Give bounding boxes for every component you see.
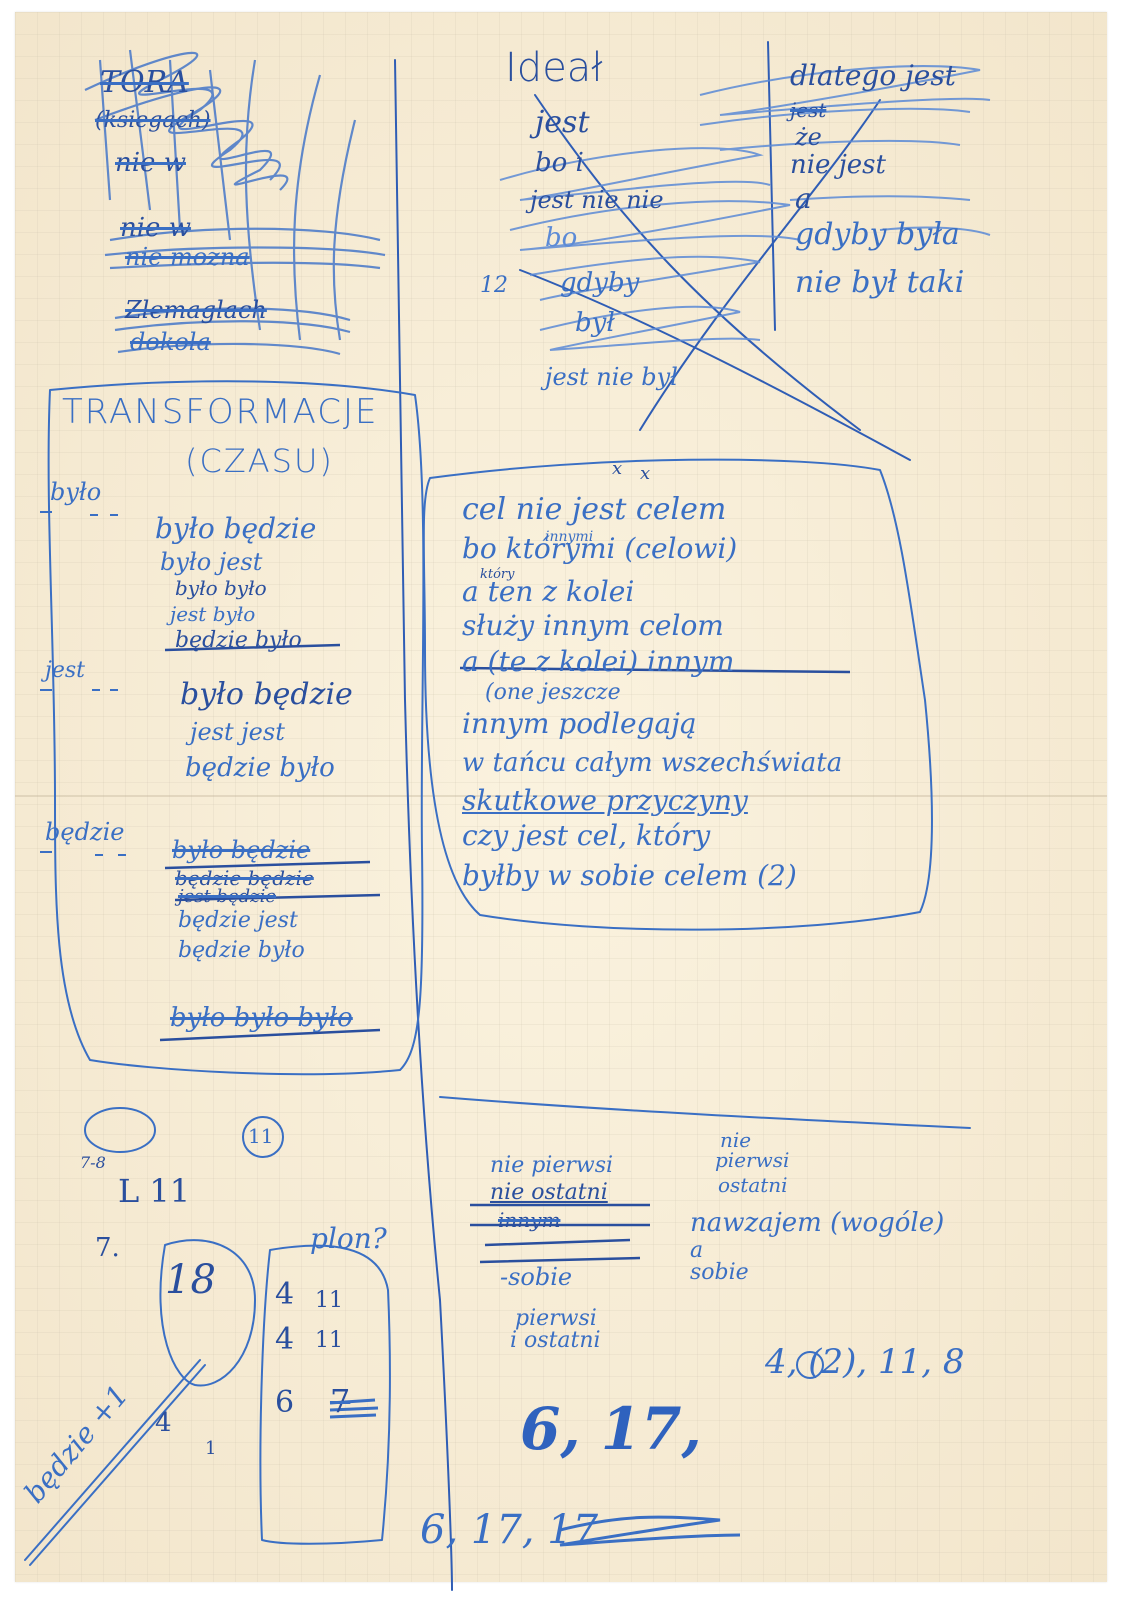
ideal-left-line: jest [535,108,590,138]
col2-line: nie [720,1130,751,1150]
col1-line: pierwsi [515,1308,597,1330]
cel-line: a ten z kolei [462,578,634,606]
col1-line: i ostatni [510,1330,601,1352]
cel-line: bo którymi (celowi) [462,535,737,563]
col1-line: nie ostatni [490,1182,608,1204]
bedzie-line: będzie będzie [175,868,314,888]
bottom-numbers: 6, 17, 17 [420,1510,598,1550]
bylo-line: będzie było [175,630,302,652]
cel-line: (one jeszcze [485,682,621,704]
crossed-word: TORA [100,68,189,98]
bylo-line: było będzie [155,515,316,543]
footer-crossed: było było było [170,1005,353,1031]
col2-line: sobie [690,1262,749,1284]
col2-line: pierwsi [715,1150,789,1170]
ideal-left-line: jest nie był [545,365,678,389]
ideal-right-line: nie był taki [795,268,964,298]
note: 7. [95,1235,120,1261]
jest-line: jest jest [190,720,285,744]
col2-line: nawzajem (wogóle) [690,1210,944,1236]
crossed-word: nie w [115,150,186,176]
jest-line: było będzie [180,680,353,710]
crossed-word: Zlemaglach [125,298,267,322]
ideal-left-line: był [575,310,615,336]
note: L 11 [118,1175,190,1207]
box-cell: 11 [315,1330,343,1352]
ideal-right-line: jest [790,100,826,120]
ideal-left-line: jest nie nie [530,188,664,212]
ideal-right-line: że [795,125,822,149]
bylo-line: było jest [160,550,262,574]
box-cell: 6 [275,1388,294,1418]
label-bylo: było [50,480,101,504]
bedzie-line: będzie jest [178,910,298,932]
crossed-word: nie mozna [125,245,250,269]
ideal-right-line: a [795,185,812,213]
box-cell: 7 [330,1385,350,1417]
cel-line: skutkowe przyczyny [462,787,748,815]
jest-line: będzie było [185,755,335,781]
ideal-title: Ideał [505,48,603,88]
bedzie-line: jest będzie [178,888,276,906]
cel-line: służy innym celom [462,612,724,640]
col1-line: innym [498,1210,560,1230]
note: 18 [165,1260,216,1300]
ideal-right-line: nie jest [790,152,886,178]
bedzie-line: będzie było [178,940,305,962]
col1-line: -sobie [500,1265,572,1289]
x-mark: x [640,465,650,483]
cel-line: czy jest cel, który [462,822,710,850]
col1-line: nie pierwsi [490,1155,613,1177]
note: 1 [205,1440,216,1458]
transformacje-subtitle: (CZASU) [185,445,334,477]
x-mark: x [612,460,622,478]
ideal-right-line: dlatego jest [790,62,956,90]
cel-line: w tańcu całym wszechświata [462,750,842,776]
ideal-left-line: bo i [535,150,584,176]
box-header: plon? [310,1225,387,1253]
transformacje-title: TRANSFORMACJE [62,395,378,429]
note: 4 [155,1410,172,1436]
crossed-word: dokola [130,330,211,354]
circled-page-number: 11 [248,1126,273,1146]
ideal-right-line: gdyby była [795,220,960,250]
label-bedzie: będzie [45,820,124,844]
bylo-line: było było [175,578,267,598]
number-sequence: 4, (2), 11, 8 [765,1345,965,1379]
cel-line: byłby w sobie celem (2) [462,862,797,890]
note: 7-8 [80,1155,106,1171]
col2-line: ostatni [718,1175,788,1195]
ideal-left-line: bo [545,225,577,251]
cel-line: innym podlegają [462,710,697,738]
cel-line: cel nie jest celem [462,495,726,525]
label-jest: jest [45,660,85,682]
big-numbers: 6, 17, [520,1400,702,1458]
crossed-word: (ksiegach) [95,110,211,132]
bylo-line: jest było [170,604,255,624]
crossed-word: nie w [120,215,191,241]
box-cell: 4 [275,1325,294,1355]
col2-line: a [690,1240,703,1262]
box-cell: 11 [315,1290,343,1312]
ideal-left-line: 12 [480,275,508,297]
cel-line: a (te z kolei) innym [462,648,734,676]
box-cell: 4 [275,1280,294,1310]
ideal-left-line: gdyby [560,270,639,296]
bedzie-line: było będzie [172,838,310,862]
